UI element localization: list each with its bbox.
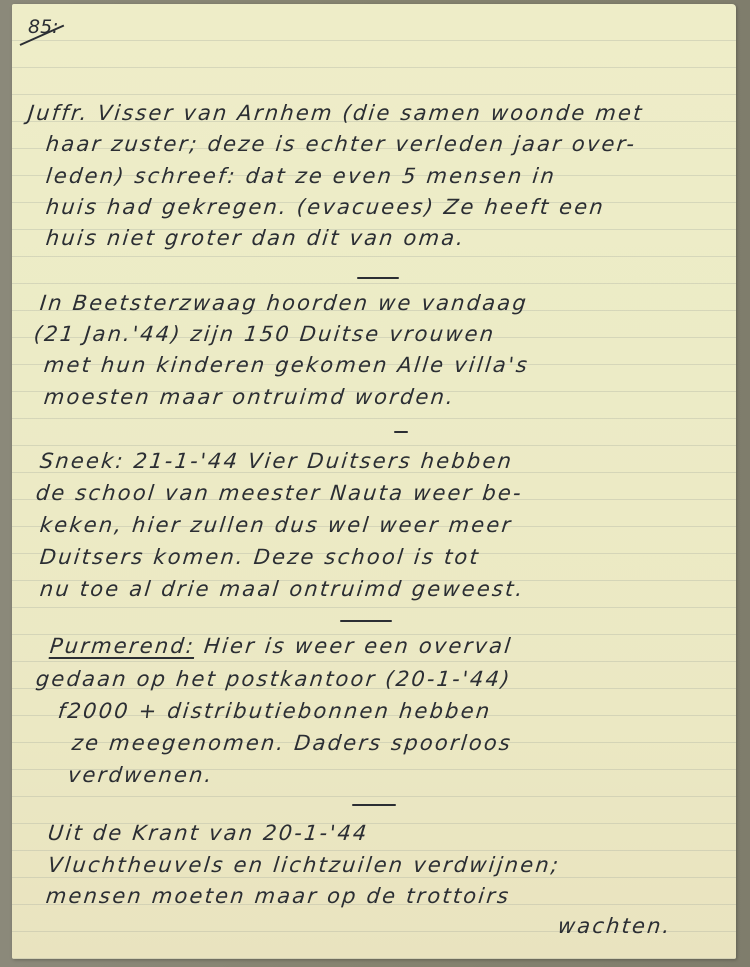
entry-sneek-line-5: nu toe al drie maal ontruimd geweest. bbox=[39, 577, 526, 601]
entry-beetsterzwaag-line-4: moesten maar ontruimd worden. bbox=[43, 385, 457, 409]
entry-krant-line-3: mensen moeten maar op de trottoirs bbox=[45, 884, 512, 908]
entry-purmerend-line-1-text: Hier is weer een overval bbox=[194, 634, 514, 658]
section-divider bbox=[340, 620, 392, 622]
entry-sneek-line-4: Duitsers komen. Deze school is tot bbox=[39, 545, 482, 569]
section-divider bbox=[352, 804, 396, 806]
entry-visser-line-3: leden) schreef: dat ze even 5 mensen in bbox=[45, 164, 558, 188]
entry-sneek-line-2: de school van meester Nauta weer be- bbox=[35, 481, 524, 505]
entry-purmerend-line-4: ze meegenomen. Daders spoorloos bbox=[71, 731, 514, 755]
entry-visser-line-5: huis niet groter dan dit van oma. bbox=[45, 226, 467, 250]
entry-purmerend-line-3: f2000 + distributiebonnen hebben bbox=[57, 699, 493, 723]
entry-visser-line-1: Juffr. Visser van Arnhem (die samen woon… bbox=[27, 101, 645, 125]
entry-purmerend-heading: Purmerend: bbox=[49, 634, 197, 658]
section-divider bbox=[394, 431, 408, 433]
entry-visser-line-2: haar zuster; deze is echter verleden jaa… bbox=[45, 132, 638, 156]
entry-purmerend-line-5: verdwenen. bbox=[67, 763, 215, 787]
entry-beetsterzwaag-line-2: (21 Jan.'44) zijn 150 Duitse vrouwen bbox=[33, 322, 497, 346]
diary-page: 85: Juffr. Visser van Arnhem (die samen … bbox=[12, 4, 736, 959]
entry-purmerend-line-2: gedaan op het postkantoor (20-1-'44) bbox=[35, 667, 513, 691]
entry-beetsterzwaag-line-1: In Beetsterzwaag hoorden we vandaag bbox=[39, 291, 530, 315]
entry-beetsterzwaag-line-3: met hun kinderen gekomen Alle villa's bbox=[43, 353, 531, 377]
entry-sneek-line-3: keken, hier zullen dus wel weer meer bbox=[39, 513, 514, 537]
section-divider bbox=[357, 277, 399, 279]
entry-krant-line-2: Vluchtheuvels en lichtzuilen verdwijnen; bbox=[47, 853, 562, 877]
entry-krant-line-1: Uit de Krant van 20-1-'44 bbox=[47, 821, 370, 845]
entry-visser-line-4: huis had gekregen. (evacuees) Ze heeft e… bbox=[45, 195, 607, 219]
entry-sneek-line-1: Sneek: 21-1-'44 Vier Duitsers hebben bbox=[39, 449, 515, 473]
entry-purmerend-line-1: Purmerend: Hier is weer een overval bbox=[49, 634, 514, 658]
entry-krant-line-4: wachten. bbox=[557, 914, 673, 938]
